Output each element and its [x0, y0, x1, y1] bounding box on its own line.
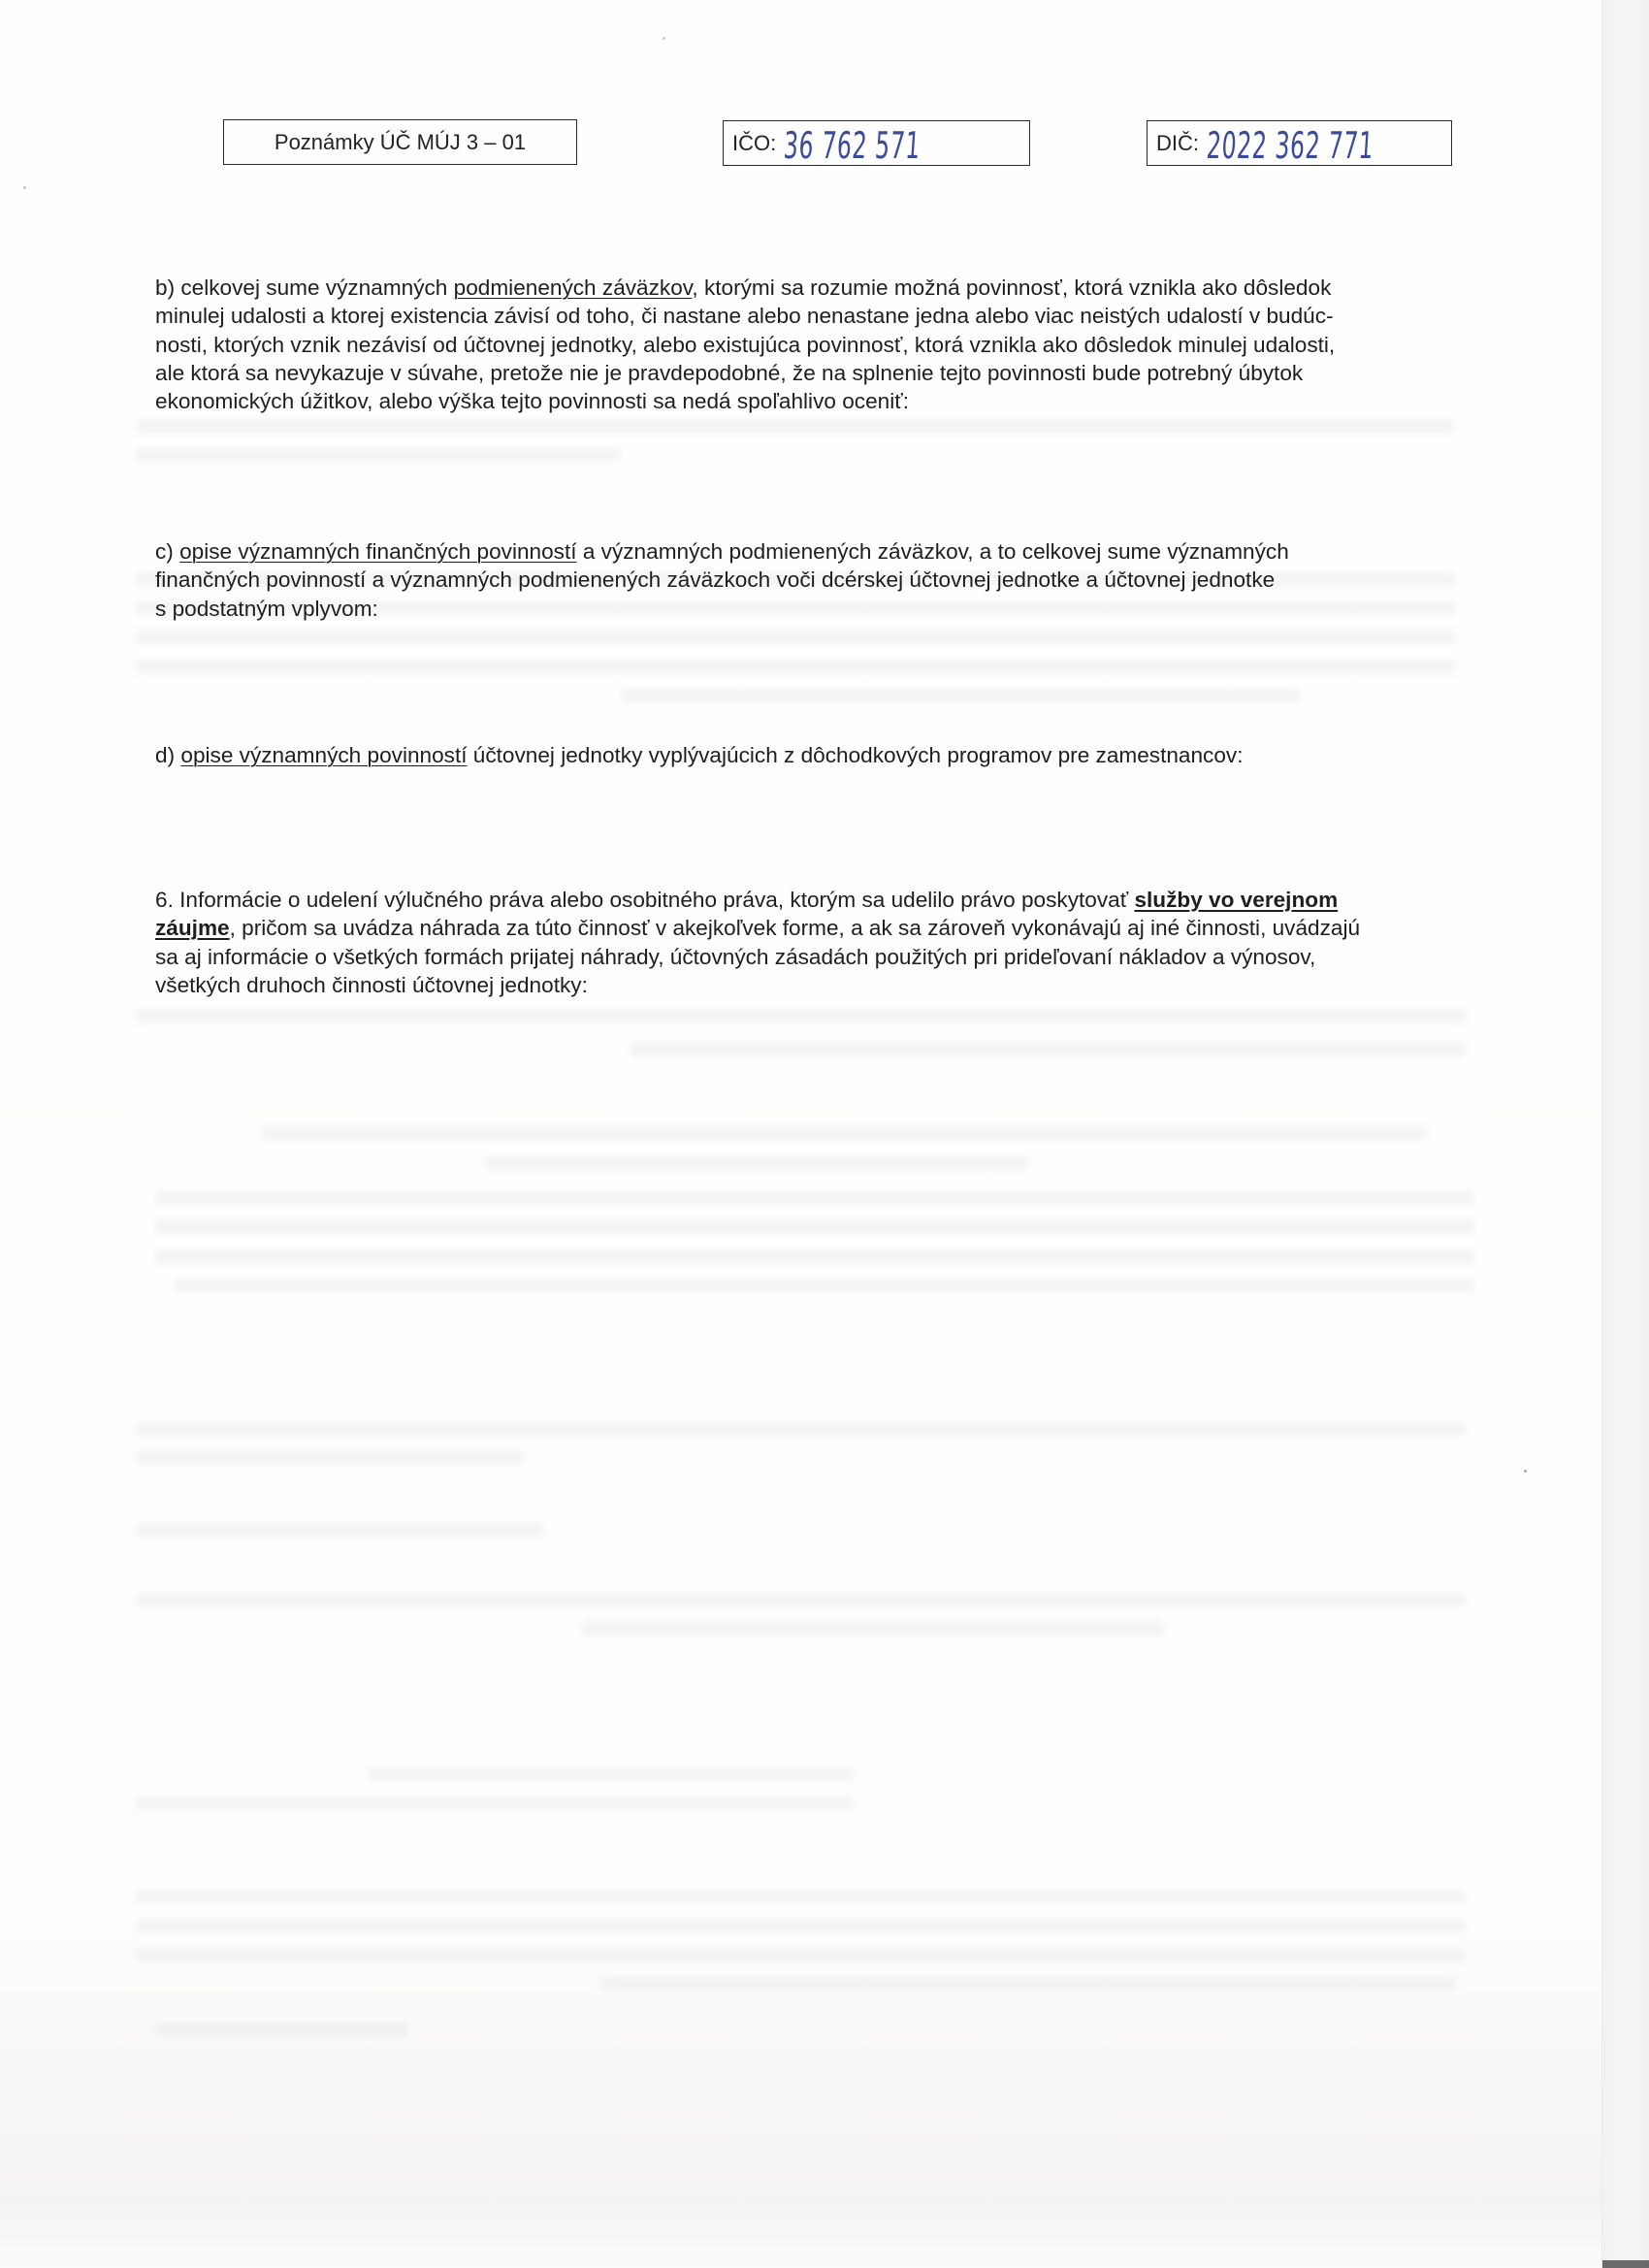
text-line: s podstatným vplyvom:	[155, 595, 1453, 623]
text-line: ale ktorá sa nevykazuje v súvahe, pretož…	[155, 359, 1453, 387]
section-d-pension-obligations: d) opise významných povinností účtovnej …	[155, 741, 1453, 769]
dic-box: DIČ: 2022 362 771	[1147, 120, 1452, 166]
scan-speck	[663, 37, 665, 40]
ico-handwritten-value: 36 762 571	[783, 124, 922, 167]
notes-form-label-box: Poznámky ÚČ MÚJ 3 – 01	[223, 119, 577, 165]
text-line: ekonomických úžitkov, alebo výška tejto …	[155, 387, 1453, 415]
underlined-term: podmienených záväzkov	[454, 275, 693, 300]
underlined-term: opise významných finančných povinností	[179, 539, 576, 564]
text-line: d) opise významných povinností účtovnej …	[155, 741, 1453, 769]
bold-underlined-term: služby vo verejnom	[1134, 888, 1338, 912]
section-b-contingent-liabilities: b) celkovej sume významných podmienených…	[155, 274, 1453, 415]
section-c-financial-obligations: c) opise významných finančných povinnost…	[155, 537, 1453, 623]
text-line: nosti, ktorých vznik nezávisí od účtovne…	[155, 331, 1453, 359]
text-line: finančných povinností a významných podmi…	[155, 566, 1453, 594]
text-line: minulej udalosti a ktorej existencia záv…	[155, 302, 1453, 330]
text-line: sa aj informácie o všetkých formách prij…	[155, 943, 1453, 971]
ico-box: IČO: 36 762 571	[723, 120, 1030, 166]
dic-handwritten-value: 2022 362 771	[1206, 124, 1375, 167]
scanner-background-corner	[1602, 2260, 1649, 2268]
ico-label: IČO:	[732, 131, 776, 156]
underlined-term: opise významných povinností	[180, 743, 467, 767]
scanner-background-edge	[1601, 0, 1649, 2268]
scan-speck	[1524, 1470, 1527, 1473]
dic-label: DIČ:	[1156, 131, 1199, 156]
text-line: 6. Informácie o udelení výlučného práva …	[155, 886, 1453, 914]
text-line: všetkých druhoch činnosti účtovnej jedno…	[155, 971, 1453, 999]
text-line: b) celkovej sume významných podmienených…	[155, 274, 1453, 302]
bold-underlined-term: záujme	[155, 916, 230, 940]
scan-speck	[23, 186, 26, 189]
text-line: c) opise významných finančných povinnost…	[155, 537, 1453, 566]
notes-form-label: Poznámky ÚČ MÚJ 3 – 01	[275, 130, 526, 155]
section-6-public-interest-services: 6. Informácie o udelení výlučného práva …	[155, 886, 1453, 999]
scanned-page: Poznámky ÚČ MÚJ 3 – 01 IČO: 36 762 571 D…	[0, 0, 1602, 2268]
text-line: záujme, pričom sa uvádza náhrada za túto…	[155, 914, 1453, 942]
